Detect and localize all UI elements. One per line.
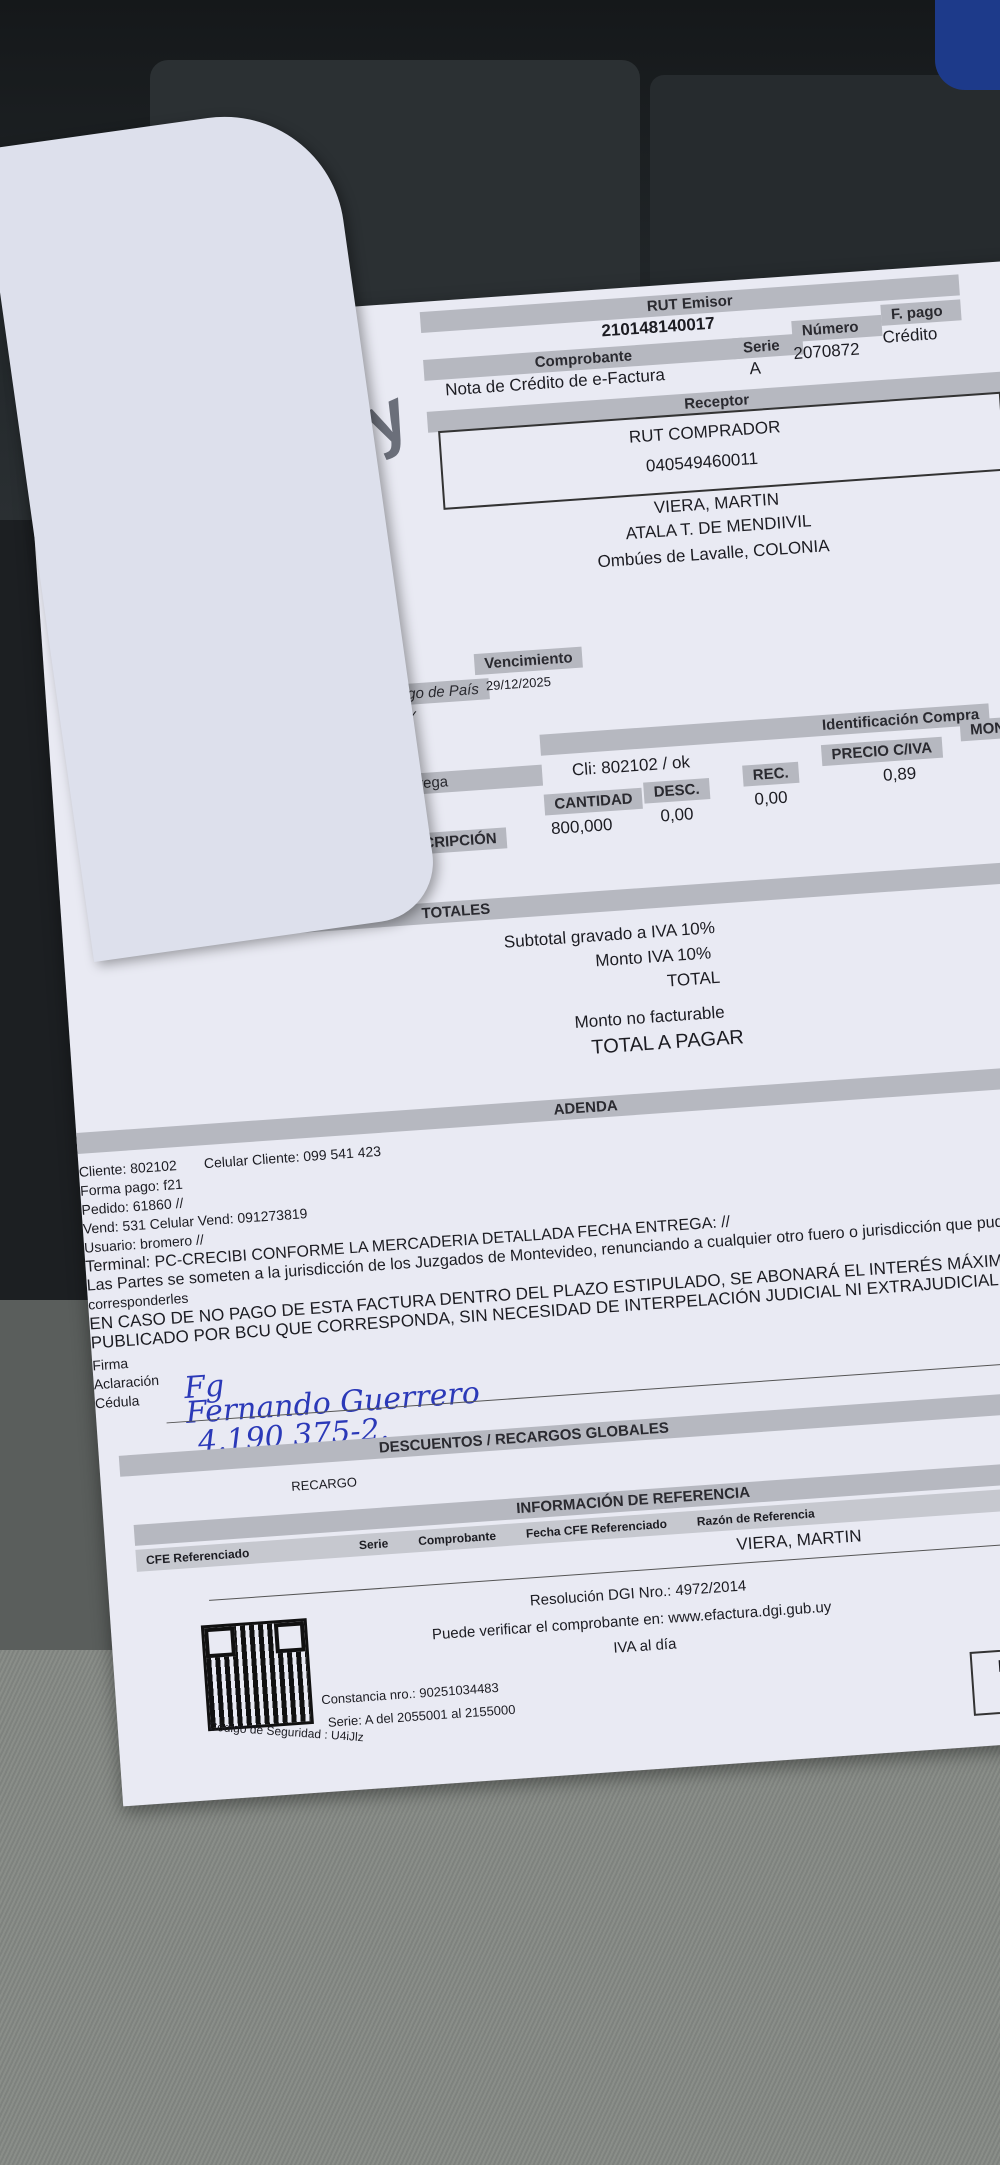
row-desc: 0,00 <box>660 804 694 826</box>
fpago-value: Crédito <box>882 324 938 348</box>
resolucion-dgi: Resolución DGI Nro.: 4972/2014 <box>529 1577 746 1609</box>
numero-label: Número <box>791 315 882 342</box>
fpago-label: F. pago <box>880 299 961 326</box>
constancia-nro: Constancia nro.: 90251034483 <box>321 1680 499 1707</box>
col-rec: REC. <box>742 762 799 787</box>
serie-value: A <box>749 358 762 379</box>
monto-iva-label: Monto IVA 10% <box>595 943 712 971</box>
row-rec: 0,00 <box>754 788 788 810</box>
qr-code <box>201 1618 314 1731</box>
ref-col-fecha: Fecha CFE Referenciado <box>525 1517 667 1541</box>
fecha-vencimiento-box: Fecha de V 03/02 <box>970 1638 1000 1716</box>
verificar-url: Puede verificar el comprobante en: www.e… <box>431 1599 831 1644</box>
row-cantidad: 800,000 <box>550 815 613 839</box>
vencimiento-label: Vencimiento <box>474 647 584 676</box>
blue-object <box>935 0 1000 90</box>
col-desc: DESC. <box>643 778 710 804</box>
col-monto: MONTO <box>960 715 1000 741</box>
numero-value: 2070872 <box>793 340 860 365</box>
serie-rango: Serie: A del 2055001 al 2155000 <box>327 1702 516 1730</box>
row-precio: 0,89 <box>883 764 917 786</box>
col-cantidad: CANTIDAD <box>544 788 644 816</box>
referencia-razon-value: VIERA, MARTIN <box>736 1526 862 1555</box>
ref-col-razon: Razón de Referencia <box>696 1506 815 1528</box>
vencimiento-value: 29/12/2025 <box>485 674 551 694</box>
col-precio: PRECIO C/IVA <box>821 737 943 766</box>
ref-col-comprobante: Comprobante <box>418 1529 497 1548</box>
total-pagar-label: TOTAL A PAGAR <box>591 1026 745 1060</box>
ref-col-cfe: CFE Referenciado <box>146 1546 250 1567</box>
iva-al-dia: IVA al día <box>613 1635 677 1656</box>
identificacion-compra-value: Cli: 802102 / ok <box>571 752 690 780</box>
ref-col-serie: Serie <box>358 1536 388 1552</box>
total-label: TOTAL <box>666 968 720 992</box>
recargo-item: RECARGO <box>291 1474 358 1494</box>
